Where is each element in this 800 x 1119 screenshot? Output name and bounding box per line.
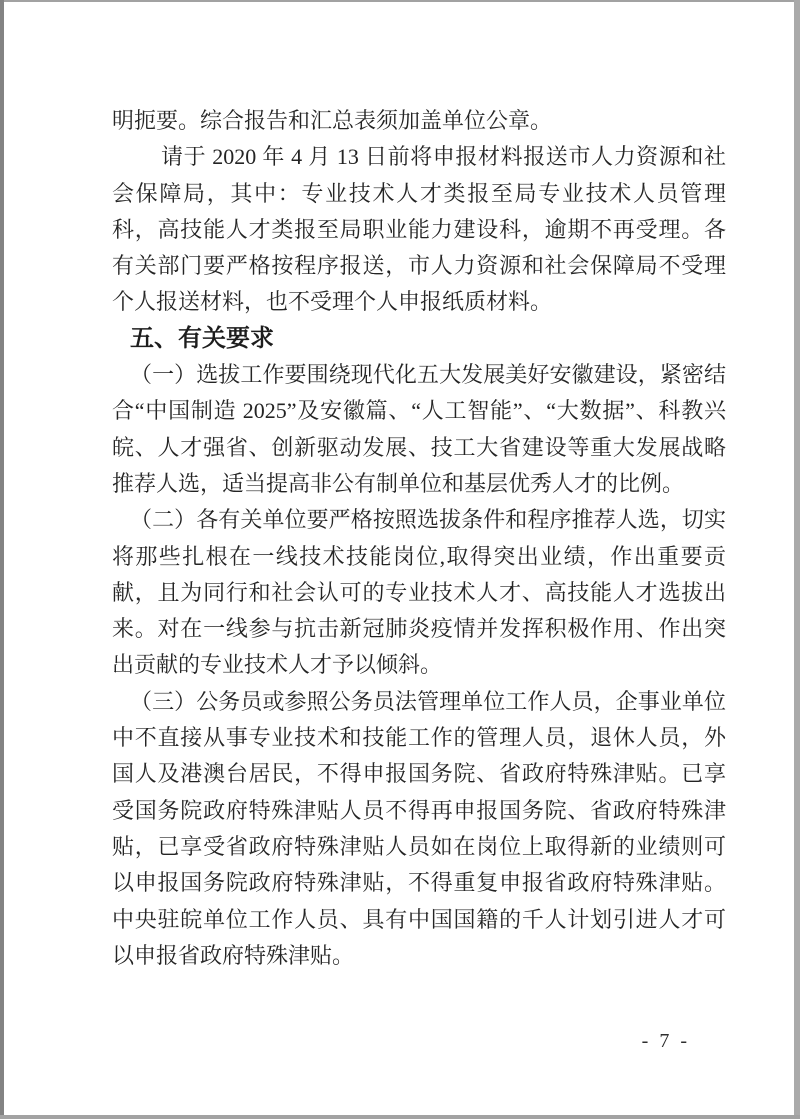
requirement-item-3: （三）公务员或参照公务员法管理单位工作人员，企事业单位中不直接从事专业技术和技能… — [112, 684, 726, 974]
page-number: - 7 - — [642, 1030, 690, 1053]
scan-edge-top — [0, 0, 800, 2]
requirement-item-2: （二）各有关单位要严格按照选拔条件和程序推荐人选，切实将那些扎根在一线技术技能岗… — [112, 502, 726, 683]
section-heading-requirements: 五、有关要求 — [112, 321, 726, 357]
paragraph-submission-notice: 请于 2020 年 4 月 13 日前将申报材料报送市人力资源和社会保障局，其中… — [112, 139, 726, 320]
scan-edge-right — [794, 0, 800, 1119]
scan-edge-left — [0, 0, 4, 1119]
scan-edge-bottom — [0, 1115, 800, 1119]
paragraph-opening-continuation: 明扼要。综合报告和汇总表须加盖单位公章。 — [112, 103, 726, 139]
document-body: 明扼要。综合报告和汇总表须加盖单位公章。 请于 2020 年 4 月 13 日前… — [112, 103, 726, 974]
requirement-item-1: （一）选拔工作要围绕现代化五大发展美好安徽建设，紧密结合“中国制造 2025”及… — [112, 357, 726, 502]
scanned-document-page: 明扼要。综合报告和汇总表须加盖单位公章。 请于 2020 年 4 月 13 日前… — [0, 0, 800, 1119]
